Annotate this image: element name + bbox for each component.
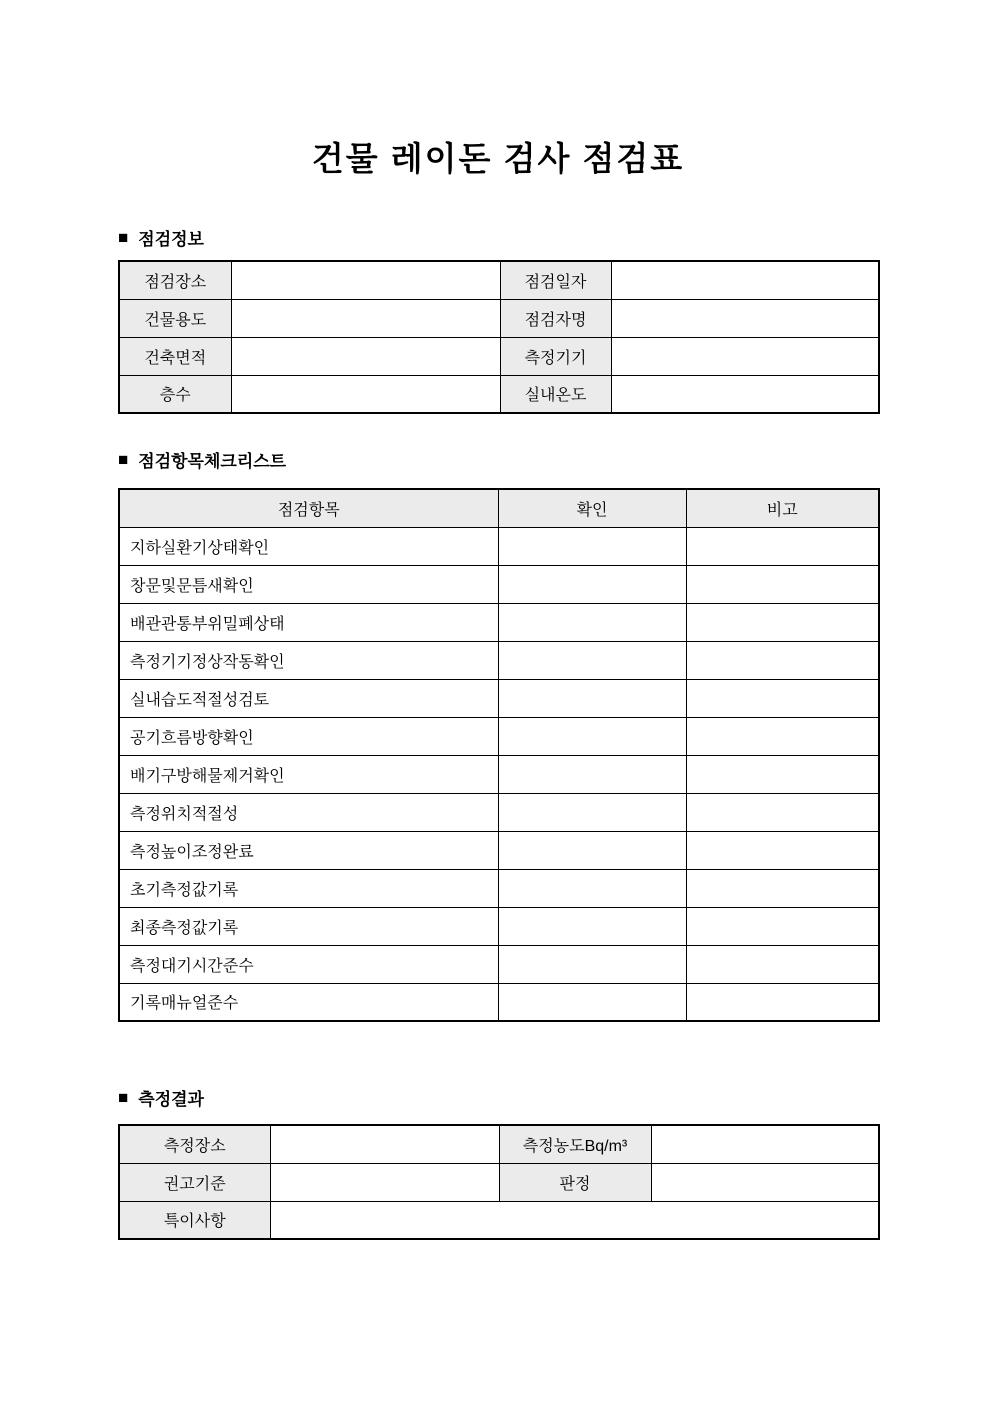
- checklist-row: 공기흐름방향확인: [119, 717, 879, 755]
- checklist-table: 점검항목 확인 비고 지하실환기상태확인 창문및문틈새확인 배관관통부위밀폐상태…: [118, 488, 880, 1022]
- table-row: 측정장소 측정농도Bq/m³: [119, 1125, 879, 1163]
- remark-cell: [686, 907, 879, 945]
- remark-cell: [686, 945, 879, 983]
- section-heading-result: ■ 측정결과: [118, 1086, 878, 1108]
- square-bullet-icon: ■: [118, 451, 128, 468]
- field-label-cell: 권고기준: [119, 1163, 270, 1201]
- remark-cell: [686, 831, 879, 869]
- field-label-cell: 판정: [499, 1163, 651, 1201]
- checklist-row: 초기측정값기록: [119, 869, 879, 907]
- checklist-row: 배관관통부위밀폐상태: [119, 603, 879, 641]
- remark-cell: [686, 603, 879, 641]
- checklist-header-item: 점검항목: [119, 489, 498, 527]
- page-title: 건물 레이돈 검사 점검표: [118, 136, 878, 182]
- field-label-cell: 점검자명: [500, 299, 611, 337]
- section-heading-info-label: 점검정보: [138, 225, 204, 250]
- check-cell: [498, 907, 686, 945]
- field-value-cell: [270, 1201, 879, 1239]
- checklist-row: 측정기기정상작동확인: [119, 641, 879, 679]
- checklist-row: 배기구방해물제거확인: [119, 755, 879, 793]
- check-cell: [498, 755, 686, 793]
- field-value-cell: [270, 1163, 499, 1201]
- field-value-cell: [231, 375, 500, 413]
- remark-cell: [686, 717, 879, 755]
- checklist-row: 최종측정값기록: [119, 907, 879, 945]
- field-label-cell: 측정기기: [500, 337, 611, 375]
- field-value-cell: [651, 1163, 879, 1201]
- section-heading-result-label: 측정결과: [138, 1085, 204, 1110]
- check-cell: [498, 717, 686, 755]
- checklist-item-label: 공기흐름방향확인: [119, 717, 498, 755]
- field-label-cell: 점검일자: [500, 261, 611, 299]
- remark-cell: [686, 755, 879, 793]
- checklist-item-label: 측정높이조정완료: [119, 831, 498, 869]
- check-cell: [498, 679, 686, 717]
- checklist-item-label: 측정기기정상작동확인: [119, 641, 498, 679]
- section-heading-checklist: ■ 점검항목체크리스트: [118, 448, 878, 470]
- checklist-item-label: 실내습도적절성검토: [119, 679, 498, 717]
- table-row: 권고기준 판정: [119, 1163, 879, 1201]
- checklist-row: 측정높이조정완료: [119, 831, 879, 869]
- check-cell: [498, 603, 686, 641]
- checklist-item-label: 지하실환기상태확인: [119, 527, 498, 565]
- table-row: 특이사항: [119, 1201, 879, 1239]
- field-value-cell: [611, 299, 879, 337]
- field-label-cell: 특이사항: [119, 1201, 270, 1239]
- square-bullet-icon: ■: [118, 1089, 128, 1106]
- field-label-cell: 측정농도Bq/m³: [499, 1125, 651, 1163]
- checklist-row: 기록매뉴얼준수: [119, 983, 879, 1021]
- check-cell: [498, 527, 686, 565]
- checklist-item-label: 최종측정값기록: [119, 907, 498, 945]
- check-cell: [498, 641, 686, 679]
- field-label-cell: 층수: [119, 375, 231, 413]
- table-row: 층수 실내온도: [119, 375, 879, 413]
- info-table: 점검장소 점검일자 건물용도 점검자명 건축면적 측정기기 층수 실내온도: [118, 260, 880, 414]
- section-heading-checklist-label: 점검항목체크리스트: [138, 447, 286, 472]
- checklist-row: 지하실환기상태확인: [119, 527, 879, 565]
- check-cell: [498, 945, 686, 983]
- square-bullet-icon: ■: [118, 229, 128, 246]
- check-cell: [498, 831, 686, 869]
- field-value-cell: [651, 1125, 879, 1163]
- checklist-header-remark: 비고: [686, 489, 879, 527]
- field-value-cell: [231, 299, 500, 337]
- checklist-row: 측정위치적절성: [119, 793, 879, 831]
- check-cell: [498, 793, 686, 831]
- result-table: 측정장소 측정농도Bq/m³ 권고기준 판정 특이사항: [118, 1124, 880, 1240]
- remark-cell: [686, 527, 879, 565]
- field-label-cell: 점검장소: [119, 261, 231, 299]
- section-heading-info: ■ 점검정보: [118, 226, 878, 248]
- field-value-cell: [231, 261, 500, 299]
- remark-cell: [686, 641, 879, 679]
- checklist-row: 창문및문틈새확인: [119, 565, 879, 603]
- checklist-header-row: 점검항목 확인 비고: [119, 489, 879, 527]
- table-row: 건물용도 점검자명: [119, 299, 879, 337]
- checklist-item-label: 창문및문틈새확인: [119, 565, 498, 603]
- document-page: 건물 레이돈 검사 점검표 ■ 점검정보 점검장소 점검일자 건물용도 점검자명…: [0, 0, 992, 1403]
- checklist-header-check: 확인: [498, 489, 686, 527]
- table-row: 건축면적 측정기기: [119, 337, 879, 375]
- checklist-item-label: 배관관통부위밀폐상태: [119, 603, 498, 641]
- check-cell: [498, 565, 686, 603]
- checklist-item-label: 초기측정값기록: [119, 869, 498, 907]
- checklist-item-label: 측정위치적절성: [119, 793, 498, 831]
- field-value-cell: [231, 337, 500, 375]
- checklist-row: 실내습도적절성검토: [119, 679, 879, 717]
- field-value-cell: [611, 337, 879, 375]
- remark-cell: [686, 793, 879, 831]
- checklist-row: 측정대기시간준수: [119, 945, 879, 983]
- field-label-cell: 측정장소: [119, 1125, 270, 1163]
- field-label-cell: 건물용도: [119, 299, 231, 337]
- remark-cell: [686, 869, 879, 907]
- field-value-cell: [611, 375, 879, 413]
- field-value-cell: [270, 1125, 499, 1163]
- check-cell: [498, 869, 686, 907]
- checklist-item-label: 기록매뉴얼준수: [119, 983, 498, 1021]
- check-cell: [498, 983, 686, 1021]
- field-label-cell: 실내온도: [500, 375, 611, 413]
- remark-cell: [686, 679, 879, 717]
- remark-cell: [686, 565, 879, 603]
- remark-cell: [686, 983, 879, 1021]
- checklist-item-label: 배기구방해물제거확인: [119, 755, 498, 793]
- field-value-cell: [611, 261, 879, 299]
- field-label-cell: 건축면적: [119, 337, 231, 375]
- checklist-item-label: 측정대기시간준수: [119, 945, 498, 983]
- table-row: 점검장소 점검일자: [119, 261, 879, 299]
